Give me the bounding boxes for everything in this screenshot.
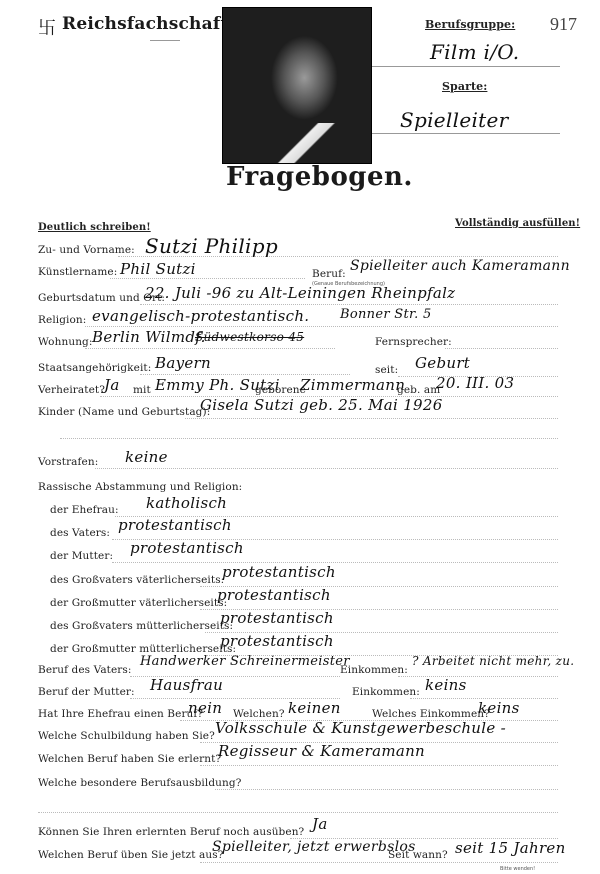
instruction-right: Vollständig ausfüllen! [455,218,580,229]
abstammung-label: des Großvaters väterlicherseits: [50,574,224,586]
ehefrau-beruf-value[interactable]: nein [188,699,222,717]
erlernt-label: Welchen Beruf haben Sie erlernt? [38,753,221,765]
abstammung-value[interactable]: protestantisch [222,563,336,581]
dotted-line [60,438,558,439]
abstammung-heading: Rassische Abstammung und Religion: [38,481,242,493]
name-value[interactable]: Sutzi Philipp [145,234,278,258]
dotted-line [200,765,558,766]
kinder-value[interactable]: Gisela Sutzi geb. 25. Mai 1926 [200,396,443,414]
ausueben-label: Können Sie Ihren erlernten Beruf noch au… [38,826,304,838]
vater-beruf-value[interactable]: Handwerker Schreinermeister [140,654,350,669]
mutter-beruf-label: Beruf der Mutter: [38,686,135,698]
beruf-value[interactable]: Spielleiter auch Kameramann [350,258,570,274]
abstammung-label: des Vaters: [50,527,110,539]
vater-einkommen-label: Einkommen: [340,664,408,676]
mutter-einkommen-label: Einkommen: [352,686,420,698]
dotted-line [140,304,558,305]
abstammung-value[interactable]: protestantisch [217,586,331,604]
religion-extra[interactable]: Bonner Str. 5 [340,307,432,322]
collar-detail [273,123,343,163]
jetzt-label: Welchen Beruf üben Sie jetzt aus? [38,849,223,861]
schule-value[interactable]: Volksschule & Kunstgewerbeschule - [215,719,506,737]
besondere-label: Welche besondere Berufsausbildung? [38,777,241,789]
underline [372,133,560,134]
wohnung-value[interactable]: Berlin Wilmdf. [92,328,206,346]
wohnung-label: Wohnung: [38,336,93,348]
sparte-value[interactable]: Spielleiter [400,108,509,132]
mutter-einkommen-value[interactable]: keins [425,676,467,694]
vorstrafen-label: Vorstrafen: [38,456,98,468]
abstammung-label: der Mutter: [50,550,113,562]
organization-name: Reichsfachschaft [62,14,228,34]
berufsgruppe-value[interactable]: Film i/O. [430,40,519,64]
fernsprecher-label: Fernsprecher: [375,336,452,348]
mutter-beruf-value[interactable]: Hausfrau [150,676,223,694]
abstammung-label: der Ehefrau: [50,504,119,516]
underline [372,66,560,67]
geburt-value[interactable]: 22. Juli -96 zu Alt-Leiningen Rheinpfalz [145,284,455,302]
religion-value[interactable]: evangelisch-protestantisch. [92,307,309,325]
kuenstlername-value[interactable]: Phil Sutzi [120,260,196,278]
kinder-label: Kinder (Name und Geburtstag): [38,406,210,418]
kuenstlername-label: Künstlername: [38,266,117,278]
dotted-line [110,278,305,279]
abstammung-value[interactable]: katholisch [146,494,227,512]
seit-wann-label: Seit wann? [388,849,448,861]
abstammung-value[interactable]: protestantisch [220,632,334,650]
ehefrau-welchen-value[interactable]: keinen [288,699,341,717]
religion-label: Religion: [38,314,86,326]
abstammung-value[interactable]: protestantisch [130,539,244,557]
vorstrafen-value[interactable]: keine [125,448,168,466]
geb-am-label: geb. am [397,384,440,396]
name-label: Zu- und Vorname: [38,244,135,256]
dotted-line [38,812,558,813]
geborene-value[interactable]: Zimmermann [300,376,405,394]
abstammung-label: des Großvaters mütterlicherseits: [50,620,233,632]
document-number: 917 [550,14,577,35]
footnote: Bitte wenden! [500,866,535,872]
ehefrau-einkommen-value[interactable]: keins [478,699,520,717]
swastika-icon: 卐 [38,14,56,40]
seit-wann-value[interactable]: seit 15 Jahren [455,839,566,857]
verheiratet-value[interactable]: Ja [104,376,120,394]
abstammung-label: der Großmutter väterlicherseits: [50,597,227,609]
seit-value[interactable]: Geburt [415,354,470,372]
geb-am-value[interactable]: 20. III. 03 [436,374,514,392]
berufsgruppe-label: Berufsgruppe: [425,18,515,31]
divider [150,40,180,41]
portrait-photo [222,7,372,164]
dotted-line [398,676,558,677]
fernsprecher-field[interactable] [445,348,558,349]
verheiratet-label: Verheiratet? [38,384,105,396]
dotted-line [140,374,350,375]
sparte-label: Sparte: [442,80,487,93]
vater-beruf-label: Beruf des Vaters: [38,664,132,676]
beruf-label: Beruf: [312,268,346,280]
dotted-line [85,326,558,327]
seit-label: seit: [375,364,398,376]
form-title: Fragebogen. [226,162,413,192]
schule-label: Welche Schulbildung haben Sie? [38,730,215,742]
staat-value[interactable]: Bayern [155,354,211,372]
dotted-line [85,348,335,349]
instruction-left: Deutlich schreiben! [38,222,151,233]
ehefrau-beruf-label: Hat Ihre Ehefrau einen Beruf? [38,708,203,720]
mit-label: mit [133,384,151,396]
dotted-line [95,468,558,469]
ausueben-value[interactable]: Ja [312,815,328,833]
erlernt-value[interactable]: Regisseur & Kameramann [218,742,425,760]
abstammung-value[interactable]: protestantisch [118,516,232,534]
abstammung-value[interactable]: protestantisch [220,609,334,627]
jetzt-value[interactable]: Spielleiter, jetzt erwerbslos [212,839,416,855]
dotted-line [200,862,558,863]
wohnung-struck: Südwestkorso 45 [195,330,304,344]
staat-label: Staatsangehörigkeit: [38,362,151,374]
dotted-line [185,418,558,419]
besondere-field[interactable] [215,789,558,790]
geborene-label: geborene [255,384,306,396]
vater-einkommen-value[interactable]: ? Arbeitet nicht mehr, zu. [412,654,574,668]
